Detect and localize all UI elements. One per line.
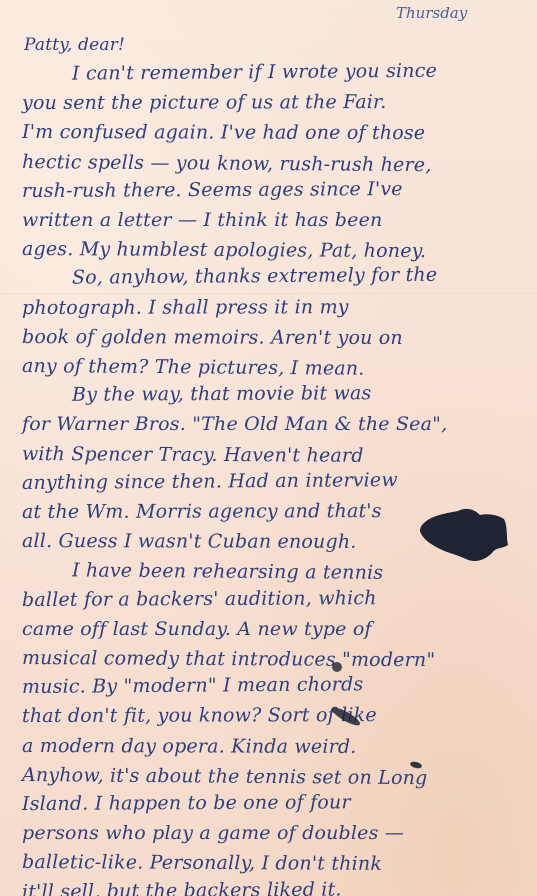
letter-line: ages. My humblest apologies, Pat, honey. xyxy=(22,237,426,263)
letter-line: I have been rehearsing a tennis xyxy=(22,558,383,585)
letter-line: music. By "modern" I mean chords xyxy=(22,673,364,700)
letter-line: balletic-like. Personally, I don't think xyxy=(22,850,382,876)
letter-line: all. Guess I wasn't Cuban enough. xyxy=(22,529,357,554)
letter-salutation: Patty, dear! xyxy=(24,33,125,57)
letter-line: hectic spells — you know, rush-rush here… xyxy=(22,150,432,177)
letter-line: Anyhow, it's about the tennis set on Lon… xyxy=(22,763,428,790)
letter-line: you sent the picture of us at the Fair. xyxy=(22,90,387,115)
letter-line: written a letter — I think it has been xyxy=(22,208,382,232)
letter-line: a modern day opera. Kinda weird. xyxy=(22,734,357,759)
letter-line: By the way, that movie bit was xyxy=(22,381,372,407)
letter-line: I can't remember if I wrote you since xyxy=(22,59,437,86)
letter-line: photograph. I shall press it in my xyxy=(22,295,349,320)
letter-line: any of them? The pictures, I mean. xyxy=(22,354,365,381)
letter-line: it'll sell, but the backers liked it. xyxy=(22,877,342,896)
letter-line: with Spencer Tracy. Haven't heard xyxy=(22,442,364,468)
ink-blot xyxy=(418,505,510,565)
letter-date: Thursday xyxy=(396,4,467,22)
letter-line: that don't fit, you know? Sort of like xyxy=(22,703,377,728)
letter-line: ballet for a backers' audition, which xyxy=(22,586,377,612)
letter-line: book of golden memoirs. Aren't you on xyxy=(22,325,403,350)
letter-line: for Warner Bros. "The Old Man & the Sea"… xyxy=(22,412,447,436)
letter-line: Island. I happen to be one of four xyxy=(22,790,351,816)
ink-smudge xyxy=(332,662,342,672)
letter-line: rush-rush there. Seems ages since I've xyxy=(22,177,403,203)
letter-line: persons who play a game of doubles — xyxy=(22,821,404,845)
letter-line: came off last Sunday. A new type of xyxy=(22,617,372,641)
letter-line: I'm confused again. I've had one of thos… xyxy=(22,120,425,145)
letter-page: Thursday Patty, dear! I can't remember i… xyxy=(0,0,537,896)
letter-line: So, anyhow, thanks extremely for the xyxy=(22,263,437,290)
letter-line: musical comedy that introduces "modern" xyxy=(22,646,435,672)
letter-line: anything since then. Had an interview xyxy=(22,468,398,495)
letter-line: at the Wm. Morris agency and that's xyxy=(22,499,382,524)
